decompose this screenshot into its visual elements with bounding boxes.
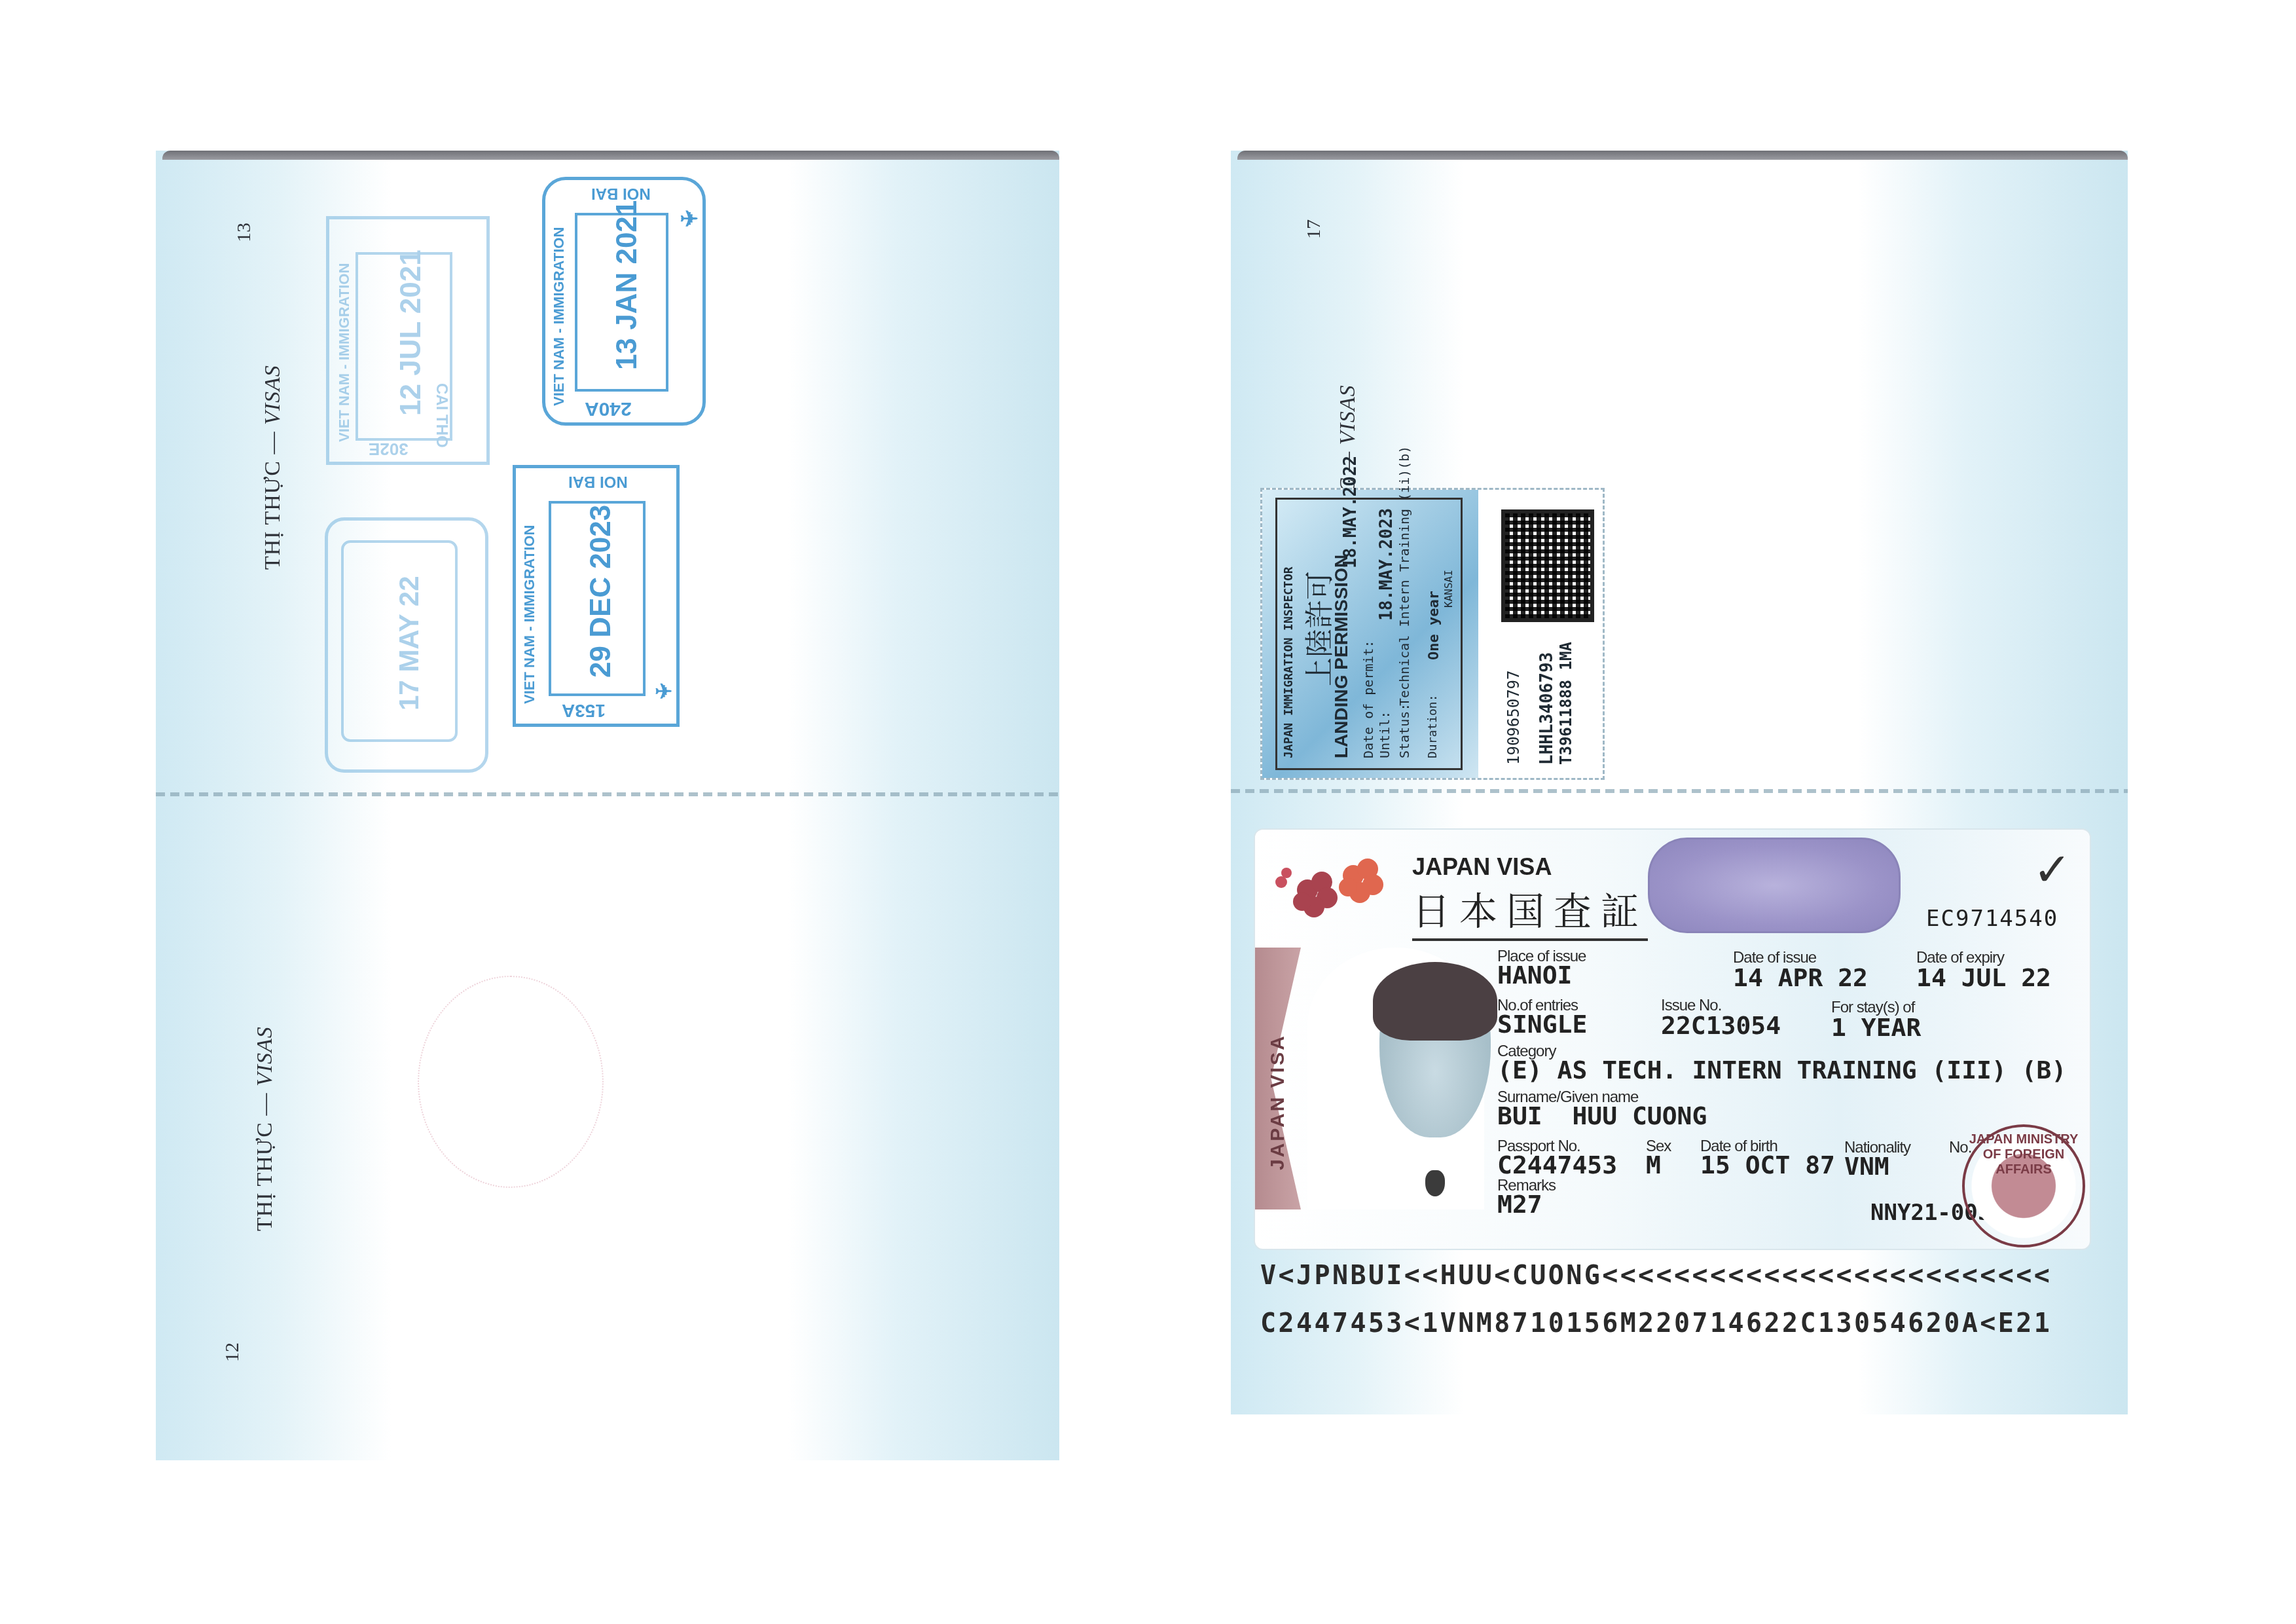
remarks-value: M27 bbox=[1497, 1190, 1542, 1219]
date-of-birth-value: 15 OCT 87 bbox=[1700, 1151, 1835, 1179]
hologram bbox=[1648, 838, 1901, 933]
landing-port: KANSAI bbox=[1442, 570, 1455, 608]
for-stay-value: 1 YEAR bbox=[1831, 1013, 1921, 1042]
section-label-sep: — bbox=[253, 1086, 277, 1122]
page-number-17: 17 bbox=[1303, 219, 1325, 239]
landing-title-en: LANDING PERMISSION bbox=[1331, 555, 1352, 758]
sex-value: M bbox=[1646, 1151, 1661, 1179]
qr-code bbox=[1501, 509, 1594, 622]
stamp-date: 17 MAY 22 bbox=[393, 576, 425, 711]
mrz-line-2: C2447453<1VNM8710156M220714622C13054620A… bbox=[1260, 1308, 2052, 1338]
japan-visa-sticker: JAPAN VISA 日本国査証 ✓ EC9714540 JAPAN VISA … bbox=[1254, 828, 2091, 1250]
cherry-blossom-icon bbox=[1268, 849, 1399, 928]
page-number-13: 13 bbox=[233, 223, 255, 242]
seal-text: JAPAN MINISTRY OF FOREIGN AFFAIRS bbox=[1965, 1132, 2083, 1177]
until-date: 18.MAY.2023 bbox=[1377, 508, 1396, 621]
photo-tie bbox=[1425, 1170, 1445, 1196]
nationality-value: VNM bbox=[1844, 1152, 1889, 1181]
section-label-vn: THỊ THỰC bbox=[261, 460, 285, 570]
date-of-expiry-value: 14 JUL 22 bbox=[1916, 963, 2051, 992]
passport-no-value: C2447453 bbox=[1497, 1151, 1617, 1179]
section-label-en: VISAS bbox=[261, 365, 285, 425]
visa-title-jp: 日本国査証 bbox=[1412, 881, 1648, 941]
checkmark-icon: ✓ bbox=[2033, 843, 2071, 896]
visa-title-en: JAPAN VISA bbox=[1412, 853, 1552, 881]
date-of-issue-value: 14 APR 22 bbox=[1733, 963, 1868, 992]
stamp-port: NOI BAI bbox=[568, 472, 628, 490]
page-top-edge bbox=[162, 151, 1059, 160]
stamp-port: CAI THO bbox=[432, 383, 450, 448]
plane-arrival-icon: ✈ bbox=[655, 679, 672, 704]
visa-control-number: EC9714540 bbox=[1926, 906, 2058, 932]
entry-stamp-noi-bai-jan-2021: 13 JAN 2021 VIET NAM - IMMIGRATION NOI B… bbox=[542, 177, 706, 426]
place-of-issue-value: HANOI bbox=[1497, 961, 1572, 989]
landing-permission-sticker: JAPAN IMMIGRATION INSPECTOR 上陸許可 LANDING… bbox=[1260, 488, 1605, 780]
page-top-edge bbox=[1237, 151, 2128, 160]
page-number-12: 12 bbox=[221, 1342, 244, 1362]
entry-stamp-noi-bai-dec-2023: 29 DEC 2023 VIET NAM - IMMIGRATION NOI B… bbox=[513, 465, 680, 727]
issue-no-value: 22C13054 bbox=[1661, 1011, 1781, 1040]
period-label: Duration: bbox=[1426, 694, 1440, 758]
category-value: (E) AS TECH. INTERN TRAINING (III) (B) bbox=[1497, 1056, 2066, 1084]
entry-stamp-cai-tho: 12 JUL 2021 VIET NAM - IMMIGRATION CAI T… bbox=[326, 216, 490, 465]
stamp-date: 29 DEC 2023 bbox=[585, 505, 617, 678]
status-label: Status: bbox=[1396, 703, 1412, 758]
holder-photo bbox=[1307, 948, 1484, 1209]
page-fold-line bbox=[156, 792, 1059, 796]
stamp-port: NOI BAI bbox=[591, 184, 651, 202]
plane-departure-icon: ✈ bbox=[680, 206, 699, 232]
side-band-text: JAPAN VISA bbox=[1267, 1034, 1289, 1170]
date-of-permit-label: Date of permit: bbox=[1360, 640, 1376, 758]
section-label-vn: THỊ THỰC bbox=[253, 1122, 277, 1231]
stamp-authority: VIET NAM - IMMIGRATION bbox=[521, 525, 538, 704]
landing-serial-2: LHHL3406793 bbox=[1537, 652, 1557, 765]
stamp-authority: VIET NAM - IMMIGRATION bbox=[551, 227, 568, 406]
section-label-sep: — bbox=[261, 425, 285, 460]
stamp-date: 12 JUL 2021 bbox=[395, 249, 428, 416]
page-fold-line bbox=[1231, 789, 2128, 793]
section-label-visas-bottom: THỊ THỰC — VISAS bbox=[253, 1026, 278, 1231]
stamp-code: 153A bbox=[562, 700, 606, 721]
mrz-line-1: V<JPNBUI<<HUU<CUONG<<<<<<<<<<<<<<<<<<<<<… bbox=[1260, 1261, 2052, 1291]
ministry-seal: JAPAN MINISTRY OF FOREIGN AFFAIRS bbox=[1962, 1124, 2085, 1247]
passport-page-left: 13 THỊ THỰC — VISAS 12 JUL 2021 VIET NAM… bbox=[156, 151, 1059, 1460]
photo-hair bbox=[1373, 962, 1497, 1041]
name-value: BUI HUU CUONG bbox=[1497, 1101, 1707, 1130]
landing-header: JAPAN IMMIGRATION INSPECTOR bbox=[1282, 566, 1296, 758]
stamp-authority: VIET NAM - IMMIGRATION bbox=[336, 263, 353, 442]
period-value: One year bbox=[1426, 591, 1442, 660]
landing-serial-3: T39611888 1MA bbox=[1557, 642, 1575, 765]
until-label: Until: bbox=[1377, 711, 1393, 758]
section-label-visas-top: THỊ THỰC — VISAS bbox=[261, 365, 285, 570]
status-value: Technical Intern Training (ii)(b) bbox=[1396, 446, 1412, 706]
faint-seal-watermark bbox=[418, 976, 604, 1188]
stamp-code: 240A bbox=[585, 397, 632, 420]
no-of-entries-value: SINGLE bbox=[1497, 1010, 1587, 1039]
entry-stamp-may-2022: 17 MAY 22 bbox=[325, 517, 488, 773]
section-label-en: VISAS bbox=[253, 1026, 277, 1086]
stamp-date: 13 JAN 2021 bbox=[611, 200, 644, 370]
landing-date: 18.MAY.2022 bbox=[1341, 456, 1360, 568]
stamp-code: 302E bbox=[369, 439, 409, 459]
landing-serial-1: 1909650797 bbox=[1504, 671, 1523, 766]
